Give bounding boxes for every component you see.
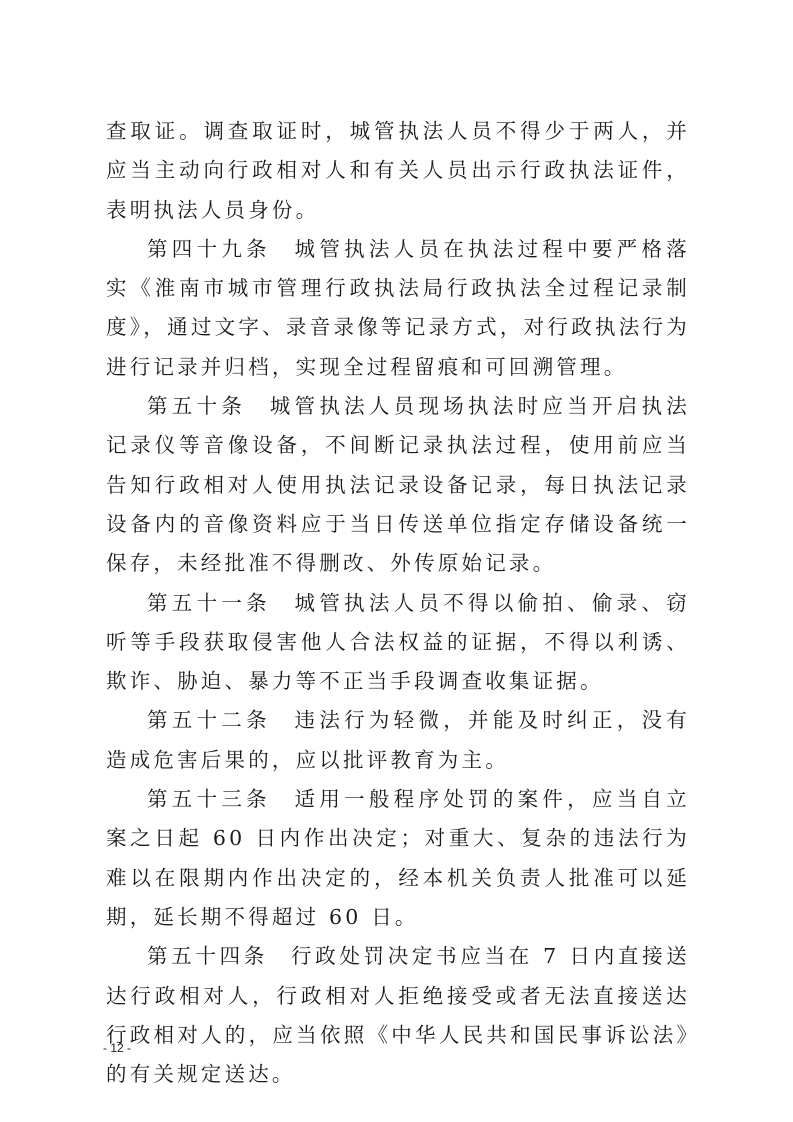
article-49: 第四十九条城管执法人员在执法过程中要严格落实《淮南市城市管理行政执法局行政执法全… xyxy=(106,230,690,387)
article-53: 第五十三条适用一般程序处罚的案件，应当自立案之日起 60 日内作出决定；对重大、… xyxy=(106,780,690,937)
document-body: 查取证。调查取证时，城管执法人员不得少于两人，并应当主动向行政相对人和有关人员出… xyxy=(106,112,690,1094)
paragraph-text: 查取证。调查取证时，城管执法人员不得少于两人，并应当主动向行政相对人和有关人员出… xyxy=(106,119,690,222)
article-number: 第五十一条 xyxy=(147,591,271,615)
article-50: 第五十条城管执法人员现场执法时应当开启执法记录仪等音像设备，不间断记录执法过程，… xyxy=(106,387,690,583)
article-number: 第五十三条 xyxy=(147,787,271,811)
article-number: 第四十九条 xyxy=(147,237,271,261)
article-number: 第五十条 xyxy=(147,394,246,418)
article-text: 城管执法人员现场执法时应当开启执法记录仪等音像设备，不间断记录执法过程，使用前应… xyxy=(106,394,690,575)
article-number: 第五十四条 xyxy=(147,944,268,968)
article-number: 第五十二条 xyxy=(147,708,271,732)
page-number: - 12 - xyxy=(103,1041,131,1055)
paragraph-continuation: 查取证。调查取证时，城管执法人员不得少于两人，并应当主动向行政相对人和有关人员出… xyxy=(106,112,690,230)
article-54: 第五十四条行政处罚决定书应当在 7 日内直接送达行政相对人，行政相对人拒绝接受或… xyxy=(106,937,690,1094)
article-51: 第五十一条城管执法人员不得以偷拍、偷录、窃听等手段获取侵害他人合法权益的证据，不… xyxy=(106,584,690,702)
document-page: 查取证。调查取证时，城管执法人员不得少于两人，并应当主动向行政相对人和有关人员出… xyxy=(0,0,793,1122)
article-52: 第五十二条违法行为轻微，并能及时纠正，没有造成危害后果的，应以批评教育为主。 xyxy=(106,701,690,780)
